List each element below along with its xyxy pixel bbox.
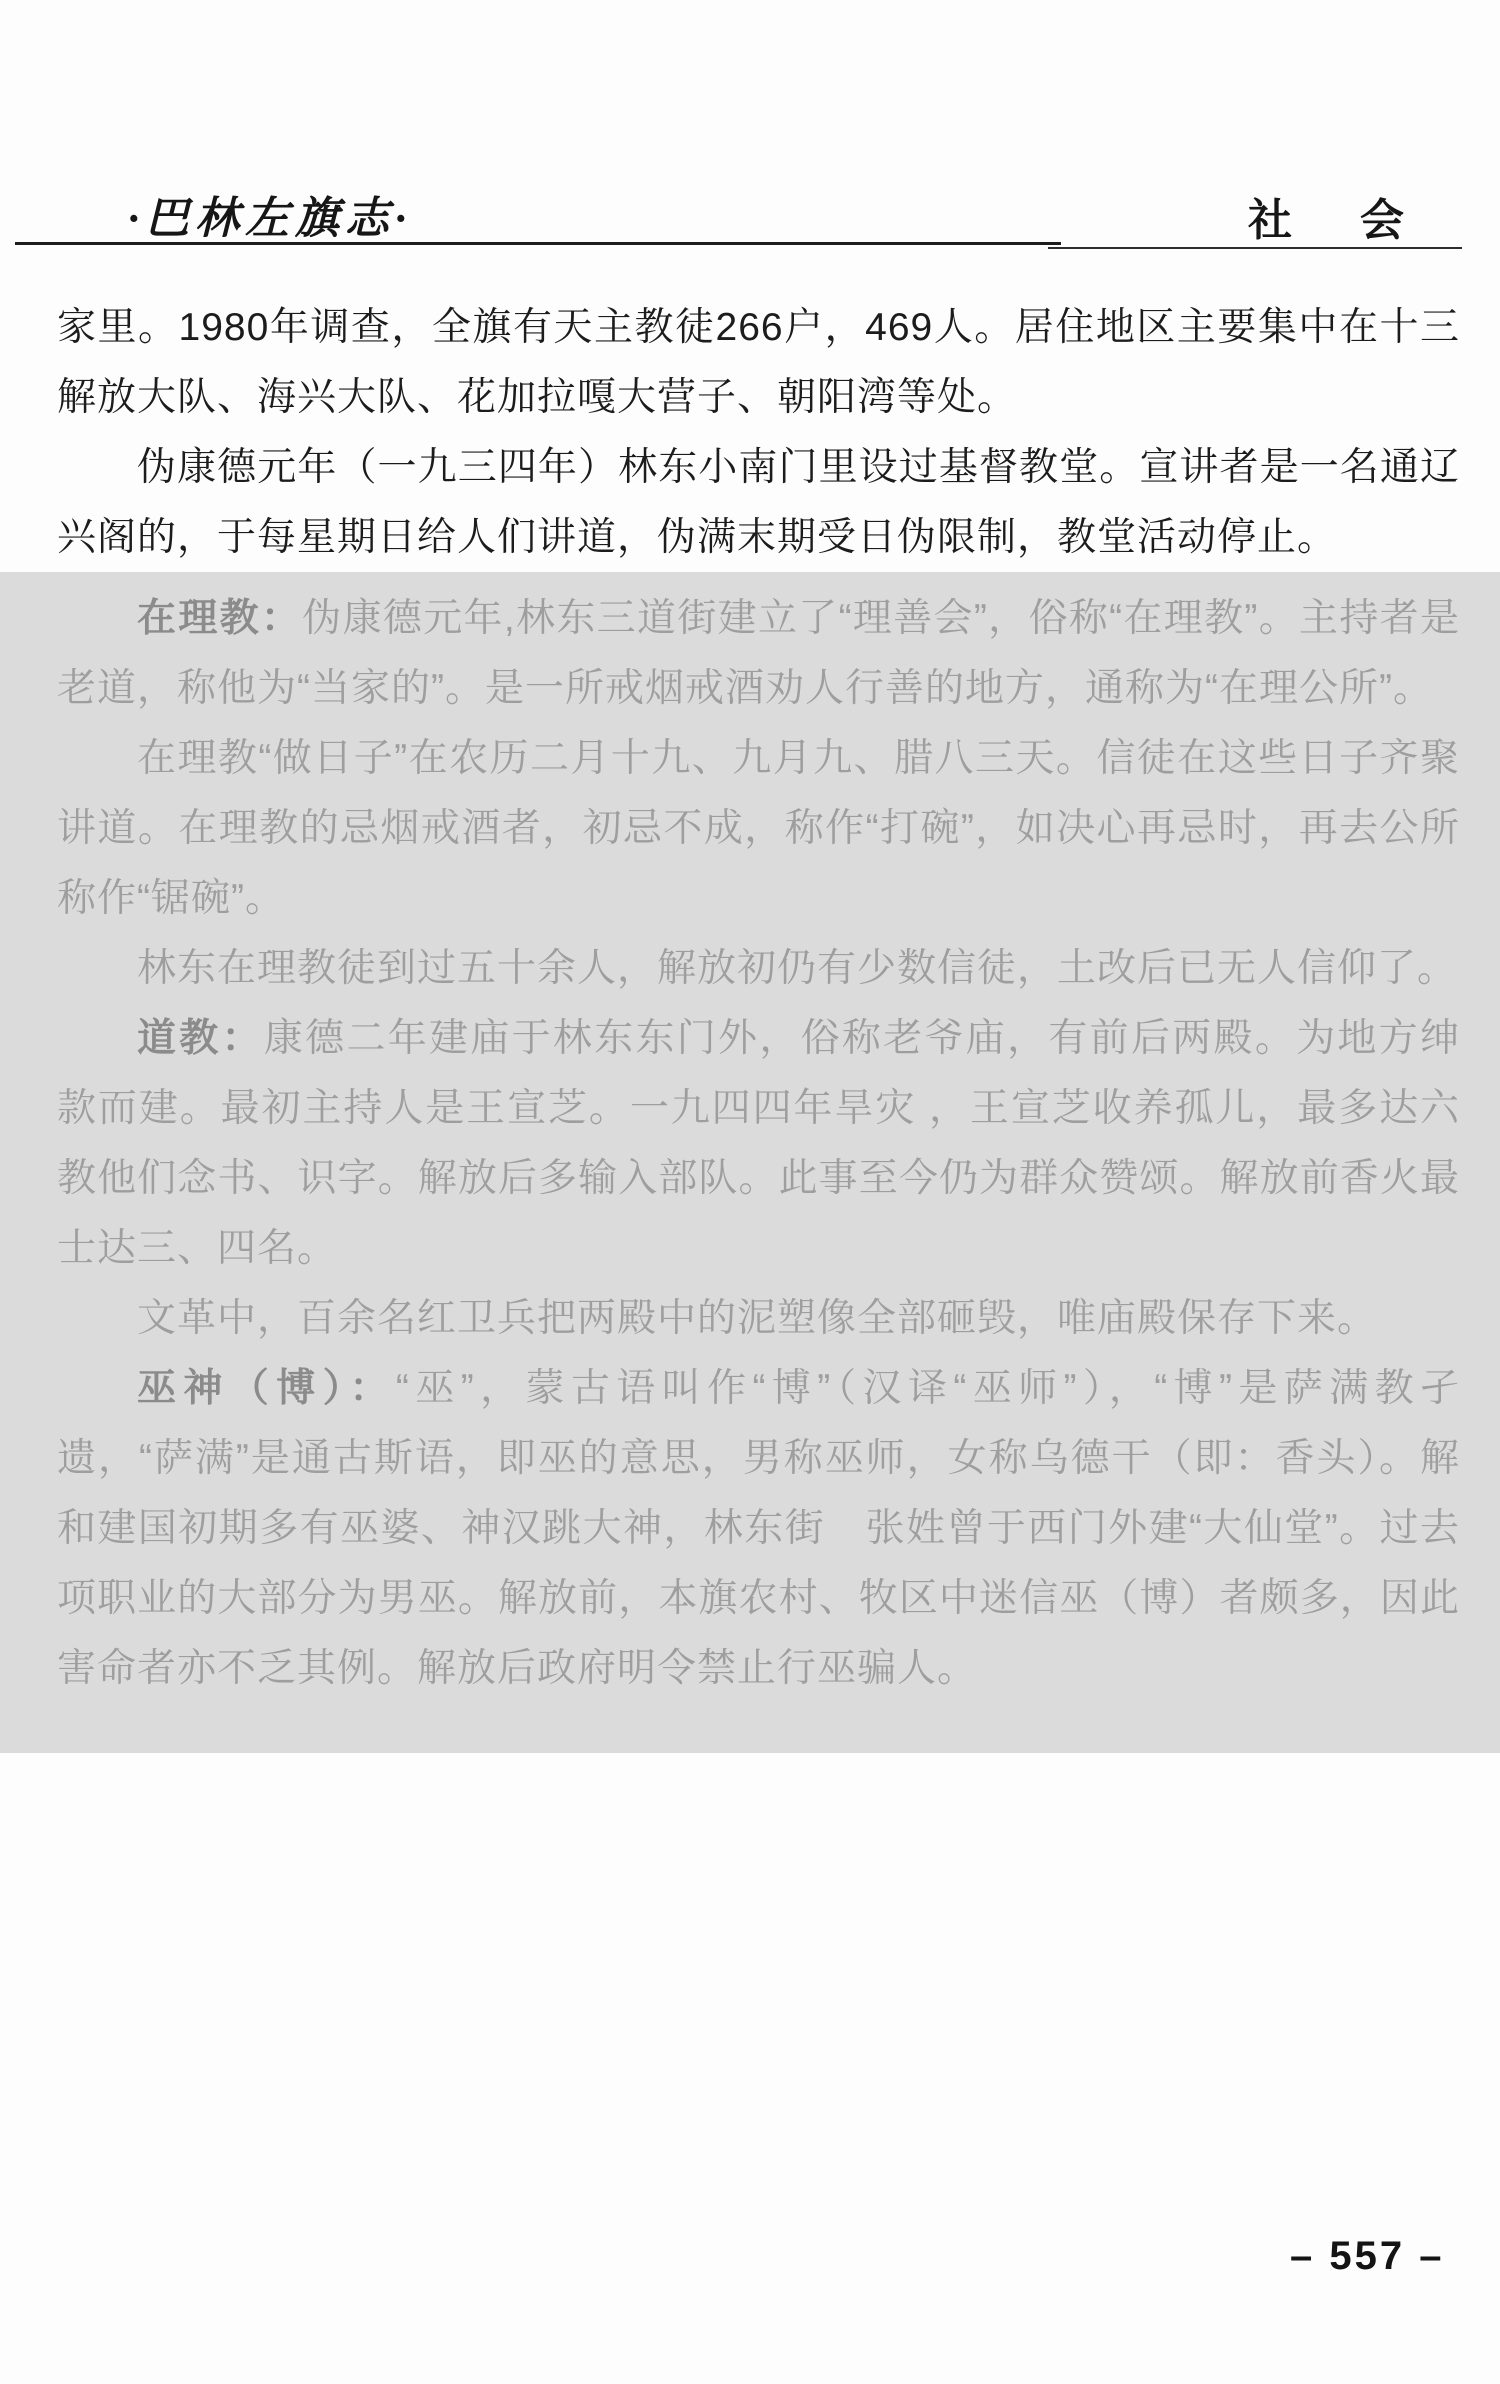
- text-line: 老道，称他为“当家的”。是一所戒烟戒酒劝人行善的地方，通称为“在理公所”。: [57, 654, 1460, 724]
- scanned-book-page: ·巴林左旗志· 社 会 家里。1980年调查，全旗有天主教徒266户，469人。…: [0, 0, 1500, 2384]
- text-line: 讲道。在理教的忌烟戒酒者，初忌不成，称作“打碗”，如决心再忌时，再去公所者，: [57, 794, 1460, 864]
- text-line: 林东在理教徒到过五十余人，解放初仍有少数信徒，土改后已无人信仰了。: [57, 934, 1460, 1004]
- text-line: 项职业的大部分为男巫。解放前，本旗农村、牧区中迷信巫（博）者颇多，因此而坑财: [57, 1564, 1460, 1634]
- intro-paragraphs: 家里。1980年调查，全旗有天主教徒266户，469人。居住地区主要集中在十三敖…: [57, 293, 1460, 573]
- term-lead: 巫神（博）：: [137, 1367, 396, 1410]
- term-lead: 在理教：: [137, 597, 302, 640]
- text-line: 士达三、四名。: [57, 1214, 1460, 1284]
- text-line: 道教：康德二年建庙于林东东门外，俗称老爷庙，有前后两殿。为地方绅士商民募: [57, 1004, 1460, 1074]
- term-lead: 道教：: [137, 1017, 264, 1060]
- header-rule-right: [1048, 247, 1462, 249]
- shaded-paragraphs-block: 在理教：伪康德元年,林东三道街建立了“理善会”，俗称“在理教”。主持者是梁老道，…: [0, 572, 1500, 1753]
- book-title: ·巴林左旗志·: [128, 182, 412, 246]
- text-line: 称作“锯碗”。: [57, 864, 1460, 934]
- text-line: 兴阁的，于每星期日给人们讲道，伪满末期受日伪限制，教堂活动停止。: [57, 503, 1460, 573]
- text-line: 在理教：伪康德元年,林东三道街建立了“理善会”，俗称“在理教”。主持者是梁: [57, 584, 1460, 654]
- text-line: 教他们念书、识字。解放后多输入部队。此事至今仍为群众赞颂。解放前香火最盛，道: [57, 1144, 1460, 1214]
- header-rule-left: [15, 242, 1061, 245]
- text-line: 害命者亦不乏其例。解放后政府明令禁止行巫骗人。: [57, 1634, 1460, 1704]
- text-line: 伪康德元年（一九三四年）林东小南门里设过基督教堂。宣讲者是一名通辽人叫都: [57, 433, 1460, 503]
- page-number: – 557 –: [1290, 2234, 1444, 2279]
- text-line: 巫神（博）：“巫”，蒙古语叫作“博”（汉译“巫师”），“博”是萨满教孑: [57, 1354, 1460, 1424]
- text-line: 和建国初期多有巫婆、神汉跳大神，林东街 张姓曾于西门外建“大仙堂”。过去操此: [57, 1494, 1460, 1564]
- text-line: 遗，“萨满”是通古斯语，即巫的意思，男称巫师，女称乌德干（即：香头）。解放前: [57, 1424, 1460, 1494]
- text-line: 家里。1980年调查，全旗有天主教徒266户，469人。居住地区主要集中在十三敖…: [57, 293, 1460, 363]
- text-line: 款而建。最初主持人是王宣芝。一九四四年旱灾 ，王宣芝收养孤儿，最多达六十多人，: [57, 1074, 1460, 1144]
- text-line: 文革中，百余名红卫兵把两殿中的泥塑像全部砸毁，唯庙殿保存下来。: [57, 1284, 1460, 1354]
- text-line: 解放大队、海兴大队、花加拉嘎大营子、朝阳湾等处。: [57, 363, 1460, 433]
- chapter-title: 社 会: [1248, 184, 1416, 248]
- text-line: 在理教“做日子”在农历二月十九、九月九、腊八三天。信徒在这些日子齐聚公所: [57, 724, 1460, 794]
